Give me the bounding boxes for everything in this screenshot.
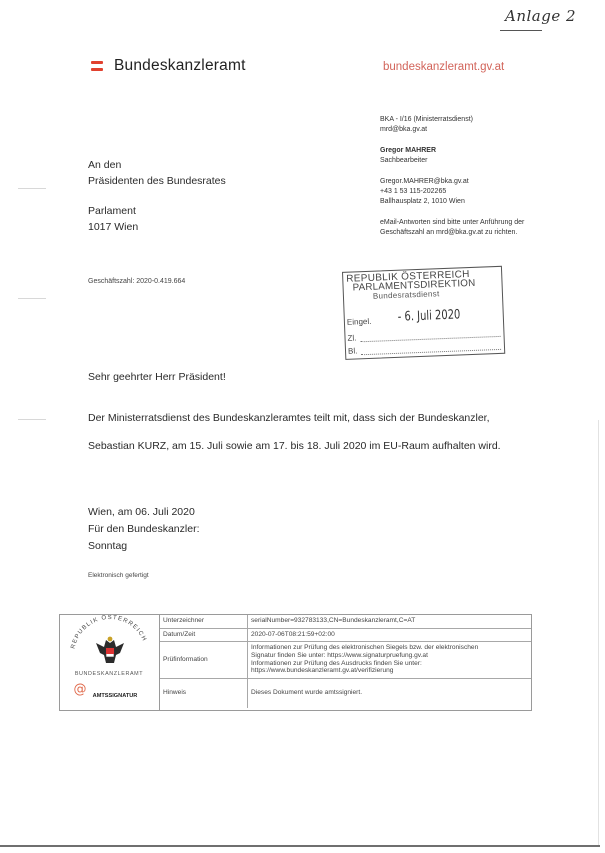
- received-stamp: REPUBLIK ÖSTERREICH PARLAMENTSDIREKTION …: [340, 266, 505, 360]
- recipient-address: An den Präsidenten des Bundesrates Parla…: [88, 158, 226, 235]
- stamp-bl-label: Bl.: [348, 346, 358, 355]
- row-key: Hinweis: [160, 678, 248, 708]
- closing-block: Wien, am 06. Juli 2020 Für den Bundeskan…: [88, 504, 199, 555]
- recipient-line: An den: [88, 158, 226, 174]
- agency-website[interactable]: bundeskanzleramt.gv.at: [383, 61, 504, 73]
- recipient-line: 1017 Wien: [88, 220, 226, 236]
- table-row: Unterzeichner serialNumber=932783133,CN=…: [160, 615, 531, 628]
- sender-role: Sachbearbeiter: [380, 156, 524, 166]
- official-seal: REPUBLIK ÖSTERREICH BUNDESKANZLERAMT @ A…: [60, 615, 160, 710]
- stamp-received-date: - 6. Juli 2020: [397, 307, 460, 324]
- reply-note-line1: eMail-Antworten sind bitte unter Anführu…: [380, 218, 524, 228]
- salutation: Sehr geehrter Herr Präsident!: [88, 371, 226, 383]
- agency-name: Bundeskanzleramt: [114, 57, 246, 75]
- agency-logo: Bundeskanzleramt: [91, 57, 246, 75]
- fold-mark: [18, 298, 46, 299]
- annex-underline: [500, 30, 542, 31]
- reply-note-line2: Geschäftszahl an mrd@bka.gv.at zu richte…: [380, 228, 524, 238]
- reference-number: Geschäftszahl: 2020-0.419.664: [88, 278, 185, 285]
- verification-line: Informationen zur Prüfung des Ausdrucks …: [251, 660, 528, 668]
- stamp-zl-label: Zl.: [347, 333, 356, 342]
- verification-line[interactable]: https://www.bundeskanzleramt.gv.at/verif…: [251, 667, 528, 675]
- table-row: Datum/Zeit 2020-07-06T08:21:59+02:00: [160, 628, 531, 641]
- scan-edge-right: [598, 420, 599, 845]
- austrian-flag-icon: [91, 61, 103, 71]
- sender-block: BKA - I/16 (Ministerratsdienst) mrd@bka.…: [380, 115, 524, 239]
- fold-mark: [18, 419, 46, 420]
- electronic-note: Elektronisch gefertigt: [88, 572, 149, 579]
- verification-line: Informationen zur Prüfung des elektronis…: [251, 644, 528, 652]
- scan-edge-bottom: [0, 845, 600, 847]
- signatory: Sonntag: [88, 538, 199, 555]
- body-line: Der Ministerratsdienst des Bundeskanzler…: [88, 404, 558, 432]
- fold-mark: [18, 188, 46, 189]
- svg-text:@: @: [74, 682, 87, 697]
- sender-name: Gregor MAHRER: [380, 147, 436, 154]
- coat-of-arms-icon: REPUBLIK ÖSTERREICH BUNDESKANZLERAMT @ A…: [60, 615, 159, 710]
- recipient-line: Präsidenten des Bundesrates: [88, 174, 226, 190]
- sender-phone: +43 1 53 115-202265: [380, 187, 524, 197]
- row-key: Prüfinformation: [160, 641, 248, 678]
- body-line: Sebastian KURZ, am 15. Juli sowie am 17.…: [88, 432, 558, 460]
- svg-text:BUNDESKANZLERAMT: BUNDESKANZLERAMT: [75, 671, 143, 677]
- sender-address: Ballhausplatz 2, 1010 Wien: [380, 197, 524, 207]
- table-row: Prüfinformation Informationen zur Prüfun…: [160, 641, 531, 678]
- row-key: Unterzeichner: [160, 615, 248, 628]
- stamp-received-label: Eingel.: [347, 317, 372, 327]
- on-behalf: Für den Bundeskanzler:: [88, 521, 199, 538]
- handwritten-annex-label: Anlage 2: [505, 7, 576, 25]
- row-value: 2020-07-06T08:21:59+02:00: [248, 628, 532, 641]
- table-row: Hinweis Dieses Dokument wurde amtssignie…: [160, 678, 531, 708]
- recipient-line: Parlament: [88, 204, 226, 220]
- row-value: Informationen zur Prüfung des elektronis…: [248, 641, 532, 678]
- letter-body: Der Ministerratsdienst des Bundeskanzler…: [88, 404, 558, 460]
- sender-department-email[interactable]: mrd@bka.gv.at: [380, 125, 524, 135]
- signature-block: REPUBLIK ÖSTERREICH BUNDESKANZLERAMT @ A…: [59, 614, 532, 711]
- sender-email[interactable]: Gregor.MAHRER@bka.gv.at: [380, 177, 524, 187]
- place-date: Wien, am 06. Juli 2020: [88, 504, 199, 521]
- signature-info-table: Unterzeichner serialNumber=932783133,CN=…: [160, 615, 531, 708]
- verification-line[interactable]: Signatur finden Sie unter: https://www.s…: [251, 652, 528, 660]
- row-value: Dieses Dokument wurde amtssigniert.: [248, 678, 532, 708]
- row-key: Datum/Zeit: [160, 628, 248, 641]
- svg-text:AMTSSIGNATUR: AMTSSIGNATUR: [93, 693, 138, 699]
- sender-department: BKA - I/16 (Ministerratsdienst): [380, 115, 524, 125]
- row-value: serialNumber=932783133,CN=Bundeskanzlera…: [248, 615, 532, 628]
